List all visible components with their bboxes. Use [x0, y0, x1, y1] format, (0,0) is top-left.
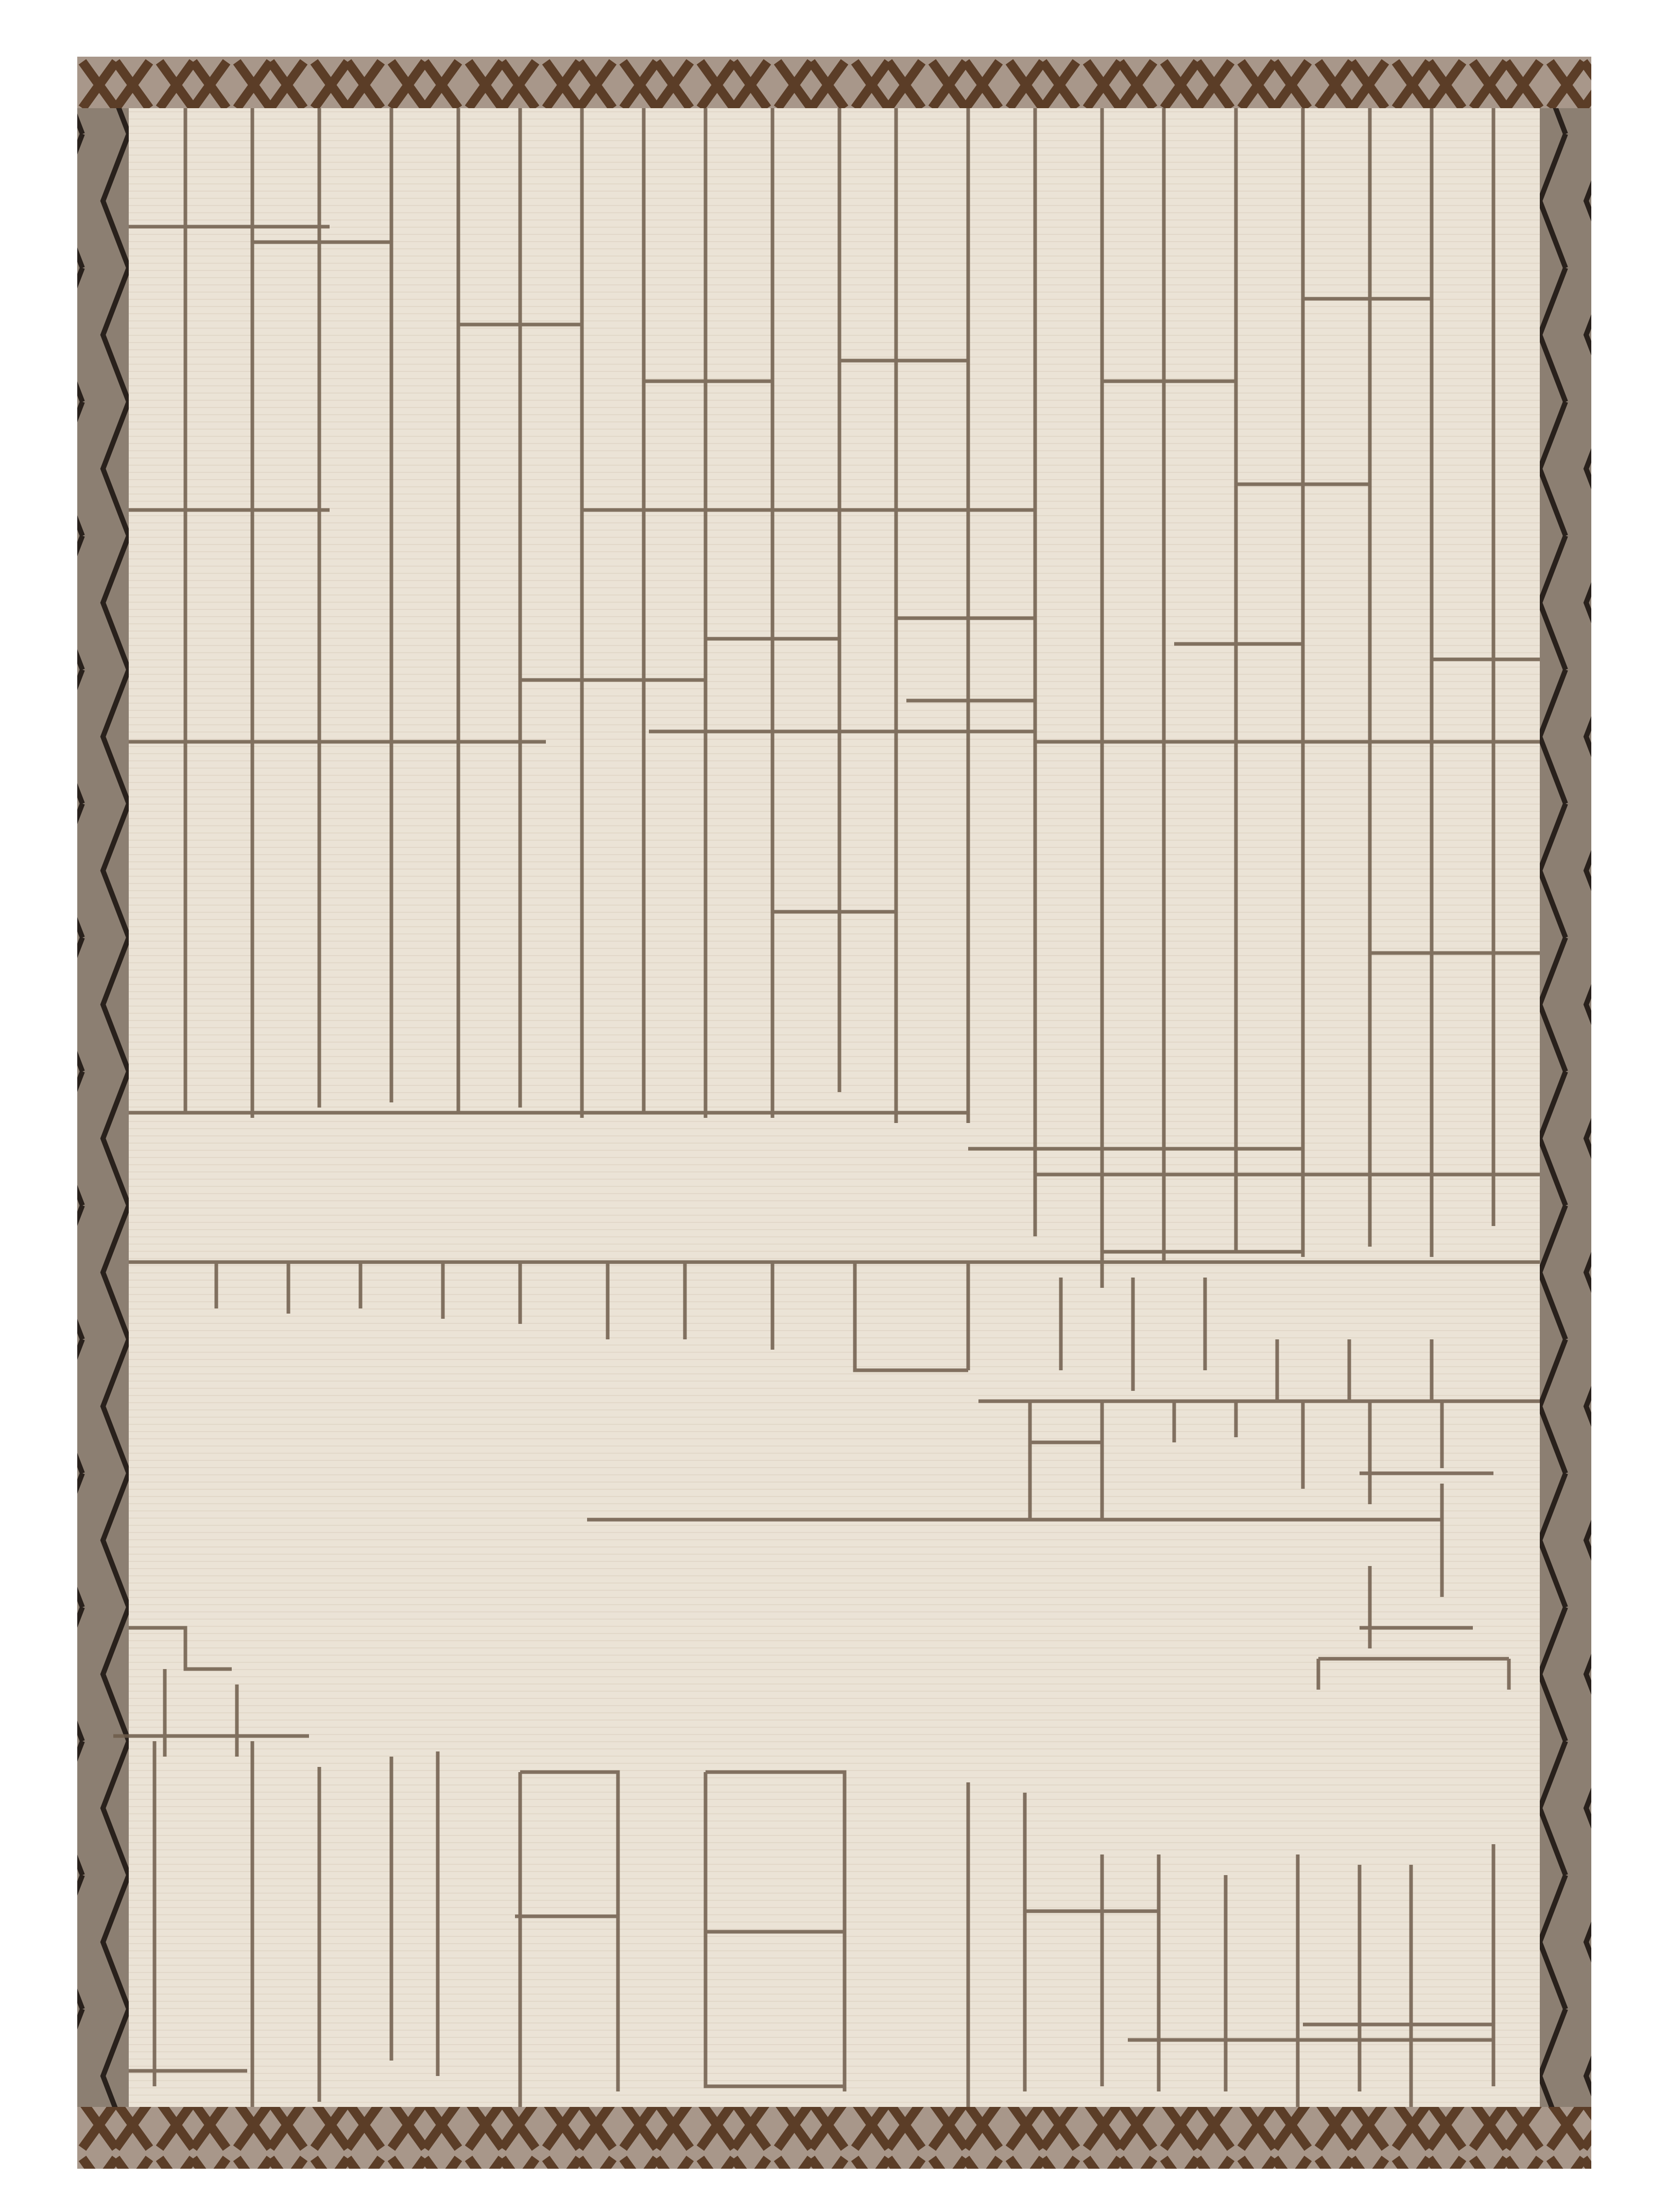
right-border-zigzag: [1540, 108, 1591, 2107]
rug-field: [129, 108, 1540, 2107]
bottom-end-band: [77, 2107, 1591, 2169]
top-end-band: [77, 57, 1591, 108]
rug-photo: Cream Moroccan-style rug with abstract b…: [0, 0, 1667, 2212]
rug-illustration: [0, 0, 1667, 2212]
left-border-zigzag: [77, 108, 129, 2107]
